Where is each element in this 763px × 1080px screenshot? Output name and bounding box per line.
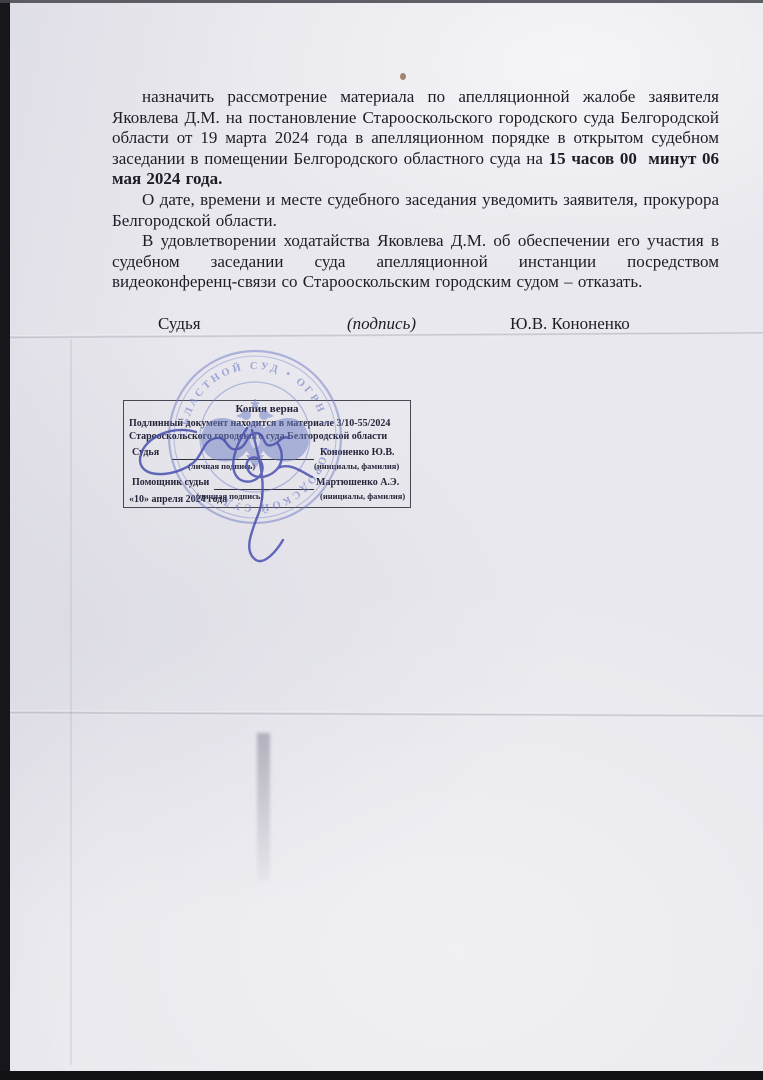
- judge-signature-line: Судья (подпись) Ю.В. Кононенко: [0, 314, 763, 338]
- assistant-surname: Мартюшенко А.Э.: [316, 477, 399, 488]
- paragraph-hearing-schedule: назначить рассмотрение материала по апел…: [112, 87, 719, 190]
- original-location-line: Подлинный документ находится в материале…: [129, 418, 390, 429]
- scan-edge-top: [0, 0, 763, 3]
- judge-surname: Кононенко Ю.В.: [320, 447, 395, 458]
- assistant-signature-underline: [214, 475, 314, 490]
- judge-label: Судья: [132, 447, 159, 458]
- ink-smudge: [257, 733, 270, 880]
- paper-speck: [400, 73, 406, 80]
- certification-date: «10» апреля 2024 года: [129, 494, 227, 505]
- paragraph-notification: О дате, времени и месте судебного заседа…: [112, 190, 719, 231]
- judge-role-label: Судья: [158, 314, 201, 334]
- copy-certified-title: Копия верна: [124, 404, 410, 415]
- order-text-block: назначить рассмотрение материала по апел…: [112, 87, 719, 293]
- signature-placeholder: (подпись): [347, 314, 416, 334]
- judge-name: Ю.В. Кононенко: [510, 314, 630, 334]
- initials-caption: (инициалы, фамилия): [314, 461, 399, 472]
- paragraph-vks-denial: В удовлетворении ходатайства Яковлева Д.…: [112, 231, 719, 293]
- scan-edge-left: [0, 0, 10, 1080]
- certification-stamp-box: Копия верна Подлинный документ находится…: [123, 400, 411, 508]
- initials-caption-2: (инициалы, фамилия): [320, 491, 405, 502]
- scan-edge-bottom: [0, 1071, 763, 1080]
- judge-signature-underline: [172, 445, 314, 460]
- assistant-label: Помощник судьи: [132, 477, 209, 488]
- court-name-line: Старооскольского городского суда Белгоро…: [129, 431, 387, 442]
- paper-crease-vertical: [70, 340, 72, 1065]
- personal-signature-caption: (личная подпись): [188, 461, 255, 472]
